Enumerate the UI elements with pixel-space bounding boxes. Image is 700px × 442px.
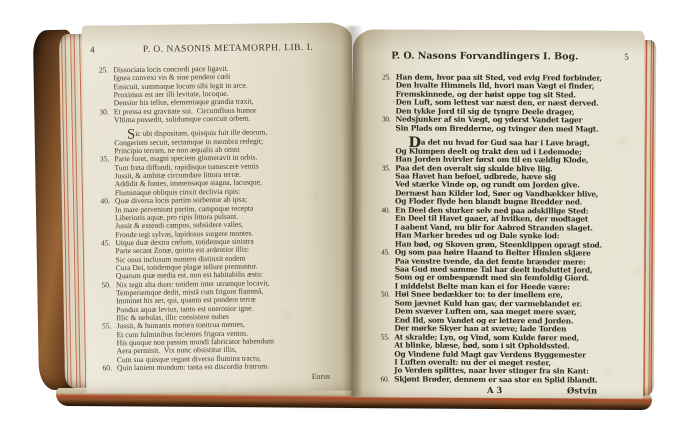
line-number [369, 308, 394, 317]
line-number [92, 181, 115, 190]
line-number: 35. [91, 156, 114, 165]
line-number [94, 348, 117, 357]
line-number [370, 172, 395, 181]
line-number [370, 257, 395, 266]
line-number: 45. [92, 239, 115, 248]
line-number [370, 231, 395, 240]
line-number: 35. [370, 164, 395, 173]
line-number [91, 139, 114, 148]
line-number: 60. [94, 364, 117, 373]
line-number: 40. [370, 206, 395, 215]
line-number [93, 331, 116, 340]
verse-line: 60.Skjønt Brøder, dennem er saa stor en … [369, 375, 631, 385]
left-page: 4 P. O. NASONIS METAMORPH. LIB. I. 25.Di… [82, 22, 356, 393]
line-number [92, 172, 115, 181]
verse-text: Quin lanient mundum: tanta est discordia… [117, 362, 269, 372]
page-number-left: 4 [90, 44, 114, 54]
line-number [370, 124, 395, 133]
line-number [90, 83, 113, 92]
line-number [371, 82, 396, 91]
verse-block-right: 25.Han dem, hvor paa sit Sted, ved evig … [369, 73, 633, 385]
page-number-right: 5 [599, 52, 633, 62]
line-number: 30. [370, 116, 395, 125]
line-number [92, 222, 115, 231]
line-number [370, 139, 395, 148]
catchword-row-left: Eurus [94, 372, 346, 384]
verse-text: Sin Plads om Bredderne, og tvinger den m… [395, 124, 598, 134]
line-number [91, 164, 114, 173]
left-page-content: 4 P. O. NASONIS METAMORPH. LIB. I. 25.Di… [82, 22, 356, 393]
verse-text: Vltima possedit, solidumque coercuit orb… [114, 115, 251, 125]
line-number: 50. [93, 281, 116, 290]
line-number [370, 223, 395, 232]
line-number [370, 189, 395, 198]
line-number [93, 306, 116, 315]
line-number: 55. [93, 323, 116, 332]
line-number: 45. [370, 248, 395, 257]
catchword-left: Eurus [312, 372, 330, 381]
line-number: 55. [369, 333, 394, 342]
page-header-left: 4 P. O. NASONIS METAMORPH. LIB. I. [90, 41, 342, 55]
signature-mark: A 3 [487, 385, 502, 395]
line-number [369, 341, 394, 350]
line-number [371, 90, 396, 99]
line-number [93, 256, 116, 265]
book-photo: 4 P. O. NASONIS METAMORPH. LIB. I. 25.Di… [0, 0, 700, 442]
line-number [90, 75, 113, 84]
line-number [93, 298, 116, 307]
line-number [91, 116, 114, 125]
line-number [370, 274, 395, 283]
line-number [92, 214, 115, 223]
line-number [371, 99, 396, 108]
line-number [370, 299, 395, 308]
line-number: 25. [371, 73, 396, 82]
line-number [370, 147, 395, 156]
line-number [93, 264, 116, 273]
right-page-content: P. O. Nasons Forvandlingers I. Bog. 5 25… [351, 29, 645, 399]
verse-line: 60.Quin lanient mundum: tanta est discor… [94, 361, 346, 372]
line-number [370, 265, 395, 274]
verse-block-left: 25.Dissociata locis concordi pace ligavi… [90, 63, 346, 372]
line-number [92, 206, 115, 215]
line-number: 30. [91, 108, 114, 117]
catchword-right: Østvin [567, 386, 597, 396]
line-number [91, 131, 114, 140]
line-number: 50. [370, 291, 395, 300]
line-number: 60. [369, 375, 394, 384]
line-number [370, 181, 395, 190]
line-number [370, 215, 395, 224]
verse-line: Vltima possedit, solidumque coercuit orb… [91, 114, 343, 125]
footer-row-right: A 3 Østvin [369, 385, 631, 397]
right-page: P. O. Nasons Forvandlingers I. Bog. 5 25… [351, 29, 645, 399]
line-number [369, 358, 394, 367]
line-number [369, 350, 394, 359]
verse-line: Sin Plads om Bredderne, og tvinger den m… [370, 124, 632, 134]
line-number [93, 289, 116, 298]
line-number: 25. [90, 66, 113, 75]
running-title-right: P. O. Nasons Forvandlingers I. Bog. [371, 50, 599, 62]
verse-text: Skjønt Brøder, dennem er saa stor en Spl… [394, 375, 597, 385]
line-number: 40. [92, 197, 115, 206]
running-title-left: P. O. NASONIS METAMORPH. LIB. I. [114, 42, 342, 55]
line-number [92, 247, 115, 256]
line-number [94, 339, 117, 348]
line-number [91, 91, 114, 100]
line-number [369, 316, 394, 325]
page-header-right: P. O. Nasons Forvandlingers I. Bog. 5 [371, 50, 633, 62]
